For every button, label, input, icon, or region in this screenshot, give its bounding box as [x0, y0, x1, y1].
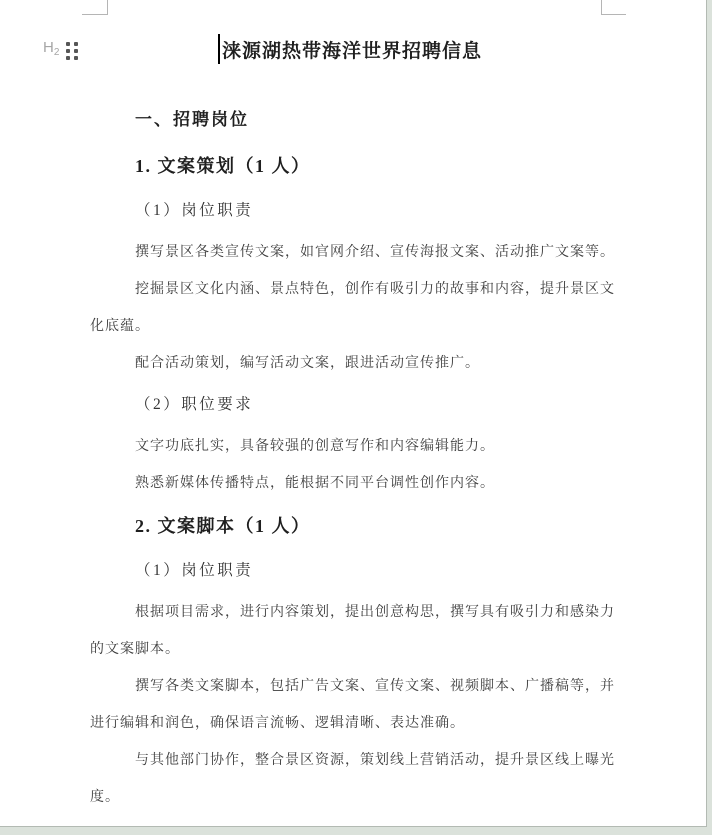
drag-handle-dot — [66, 56, 70, 60]
document-content[interactable]: 涞源湖热带海洋世界招聘信息 一、招聘岗位1. 文案策划（1 人）（1）岗位职责撰… — [90, 32, 610, 816]
heading-level-sub: 2 — [54, 47, 60, 58]
doc-block-para[interactable]: 配合活动策划，编写活动文案，跟进活动宣传推广。 — [90, 345, 610, 382]
drag-handle-dot — [66, 42, 70, 46]
crop-mark-top-left-vertical — [107, 0, 108, 15]
document-page[interactable]: H2 涞源湖热带海洋世界招聘信息 一、招聘岗位1. 文案策划（1 人）（1）岗位… — [0, 0, 707, 827]
crop-mark-top-right-horizontal — [601, 14, 626, 15]
document-title-text: 涞源湖热带海洋世界招聘信息 — [222, 41, 482, 62]
doc-block-para[interactable]: 撰写各类文案脚本，包括广告文案、宣传文案、视频脚本、广播稿等，并 进行编辑和润色… — [90, 668, 610, 742]
doc-block-h3[interactable]: （2）职位要求 — [135, 384, 610, 426]
doc-block-h2[interactable]: 2. 文案脚本（1 人） — [135, 504, 610, 548]
doc-block-para[interactable]: 熟悉新媒体传播特点，能根据不同平台调性创作内容。 — [90, 465, 610, 502]
doc-block-h3[interactable]: （1）岗位职责 — [135, 190, 610, 232]
heading-level-label: H — [43, 39, 54, 56]
doc-blocks: 一、招聘岗位1. 文案策划（1 人）（1）岗位职责撰写景区各类宣传文案，如官网介… — [90, 98, 610, 816]
drag-handle-dot — [74, 56, 78, 60]
drag-handle-dot — [74, 49, 78, 53]
doc-block-h3[interactable]: （1）岗位职责 — [135, 550, 610, 592]
drag-handle-dot — [74, 42, 78, 46]
crop-mark-top-left-horizontal — [82, 14, 107, 15]
document-title[interactable]: 涞源湖热带海洋世界招聘信息 — [90, 32, 610, 72]
doc-block-h2[interactable]: 1. 文案策划（1 人） — [135, 144, 610, 188]
drag-handle-dot — [66, 49, 70, 53]
heading-level-indicator: H2 — [43, 39, 59, 62]
doc-block-h1[interactable]: 一、招聘岗位 — [135, 98, 610, 142]
doc-block-para[interactable]: 与其他部门协作，整合景区资源，策划线上营销活动，提升景区线上曝光 度。 — [90, 742, 610, 816]
block-controls: H2 — [43, 39, 78, 62]
doc-block-para[interactable]: 撰写景区各类宣传文案，如官网介绍、宣传海报文案、活动推广文案等。 — [90, 234, 610, 271]
doc-block-para[interactable]: 文字功底扎实，具备较强的创意写作和内容编辑能力。 — [90, 428, 610, 465]
doc-block-para[interactable]: 挖掘景区文化内涵、景点特色，创作有吸引力的故事和内容，提升景区文 化底蕴。 — [90, 271, 610, 345]
drag-handle-icon[interactable] — [66, 42, 78, 60]
crop-mark-top-right-vertical — [601, 0, 602, 15]
text-cursor — [218, 34, 220, 64]
doc-block-para[interactable]: 根据项目需求，进行内容策划，提出创意构思，撰写具有吸引力和感染力 的文案脚本。 — [90, 594, 610, 668]
